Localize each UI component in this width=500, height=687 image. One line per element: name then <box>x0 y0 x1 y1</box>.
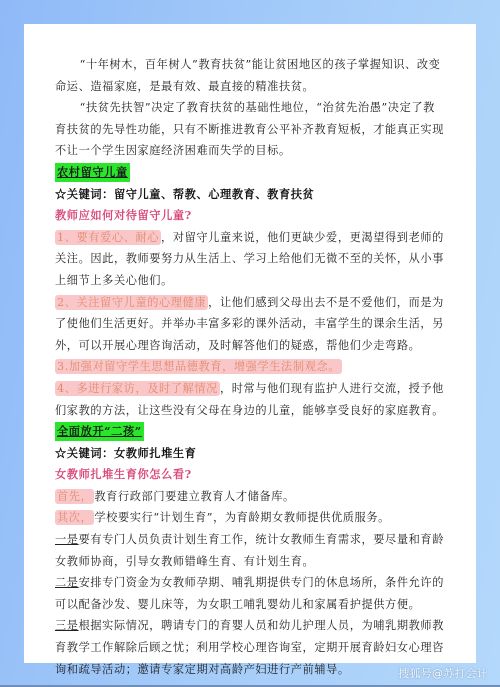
document-content: “十年树木，百年树人”教育扶贫”能让贫困地区的孩子掌握知识、改变命运、造福家庭，… <box>55 54 446 680</box>
section-question: 教师应如何对待留守儿童? <box>55 205 446 227</box>
point-text: 学校要实行“计划生育”，为育龄期女教师提供优质服务。 <box>94 511 390 524</box>
point-text: 教育行政部门要建立教育人才储备库。 <box>94 490 294 503</box>
list-item: 其次，学校要实行“计划生育”，为育龄期女教师提供优质服务。 <box>55 507 446 529</box>
list-item: 3.加强对留守学生思想品德教育，增强学生法制观念。 <box>55 356 446 378</box>
section-question: 女教师扎堆生育你怎么看? <box>55 464 446 486</box>
intro-paragraph-1: “十年树木，百年树人”教育扶贫”能让贫困地区的孩子掌握知识、改变命运、造福家庭，… <box>55 54 446 97</box>
point-label: 三是 <box>55 619 79 632</box>
list-item: 4、多进行家访，及时了解情况，时常与他们现有监护人进行交流，授予他们家教的方法，… <box>55 378 446 421</box>
highlighted-point: 3.加强对留守学生思想品德教育，增强学生法制观念。 <box>55 359 342 374</box>
point-label: 二是 <box>55 576 79 589</box>
intro-paragraph-2: “扶贫先扶智”决定了教育扶贫的基础性地位，“治贫先治愚”决定了教育扶贫的先导性功… <box>55 97 446 162</box>
keywords-line: ☆关键词：女教师扎堆生育 <box>55 443 446 465</box>
list-item: 一是要有专门人员负责计划生育工作，统计女教师生育需求，要尽量和育龄女教师协商，引… <box>55 529 446 572</box>
highlighted-point: 1、要有爱心、耐心 <box>55 230 161 245</box>
list-item: 2、关注留守儿童的心理健康，让他们感到父母出去不是不爱他们，而是为了使他们生活更… <box>55 292 446 357</box>
watermark: 搜狐号@苏打会计 <box>398 665 488 681</box>
highlighted-point: 2、关注留守儿童的心理健康 <box>55 295 208 310</box>
section-heading: 农村留守儿童 <box>55 163 130 182</box>
point-text: 根据实际情况，聘请专门的育婴人员和幼儿护理人员，为哺乳期教师教育教学工作解除后顾… <box>55 619 444 675</box>
highlighted-point: 首先， <box>55 489 94 504</box>
keywords-line: ☆关键词：留守儿童、帮教、心理教育、教育扶贫 <box>55 184 446 206</box>
highlighted-point: 4、多进行家访，及时了解情况 <box>55 381 220 396</box>
list-item: 首先，教育行政部门要建立教育人才储备库。 <box>55 486 446 508</box>
section-left-behind-children: 农村留守儿童 ☆关键词：留守儿童、帮教、心理教育、教育扶贫 教师应如何对待留守儿… <box>55 162 446 421</box>
document-page: “十年树木，百年树人”教育扶贫”能让贫困地区的孩子掌握知识、改变命运、造福家庭，… <box>24 24 476 663</box>
section-second-child-policy: 全面放开“二孩” ☆关键词：女教师扎堆生育 女教师扎堆生育你怎么看? 首先，教育… <box>55 421 446 680</box>
highlighted-point: 其次， <box>55 510 94 525</box>
point-text: 要有专门人员负责计划生育工作，统计女教师生育需求，要尽量和育龄女教师协商，引导女… <box>55 533 444 568</box>
list-item: 二是安排专门资金为女教师孕期、哺乳期提供专门的休息场所，条件允许的可以配备沙发、… <box>55 572 446 615</box>
list-item: 1、要有爱心、耐心，对留守儿童来说，他们更缺少爱，更渴望得到老师的关注。因此，教… <box>55 227 446 292</box>
section-heading: 全面放开“二孩” <box>55 422 144 441</box>
point-label: 一是 <box>55 533 79 546</box>
point-text: 安排专门资金为女教师孕期、哺乳期提供专门的休息场所，条件允许的可以配备沙发、婴儿… <box>55 576 444 611</box>
list-item: 三是根据实际情况，聘请专门的育婴人员和幼儿护理人员，为哺乳期教师教育教学工作解除… <box>55 615 446 680</box>
